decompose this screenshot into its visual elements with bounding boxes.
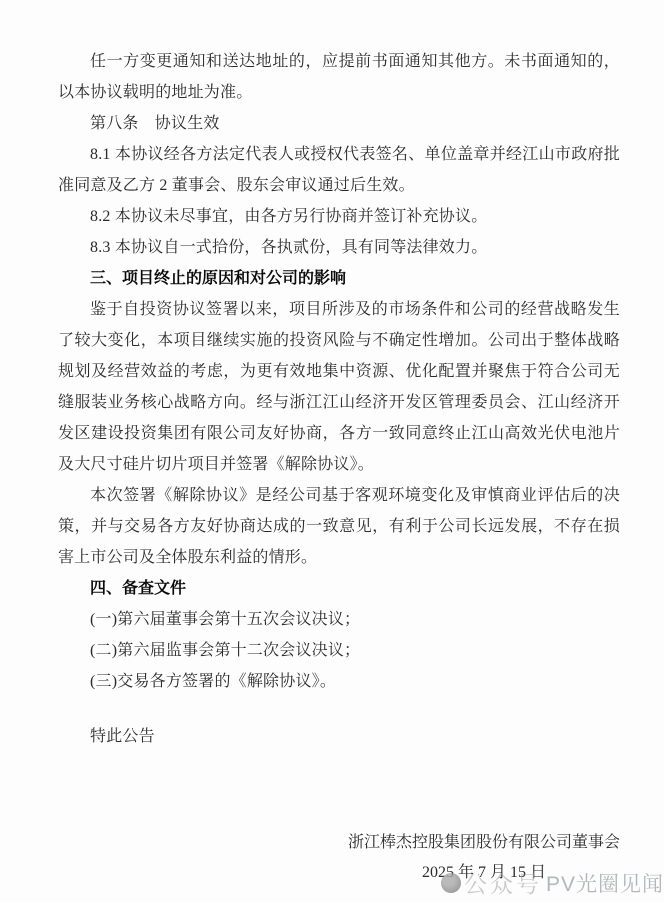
list-item-supervisory-resolution: (二)第六届监事会第十二次会议决议； — [58, 635, 620, 666]
signature-company: 浙江棒杰控股集团股份有限公司董事会 — [58, 828, 620, 858]
document-page: 任一方变更通知和送达地址的，应提前书面通知其他方。未书面通知的，以本协议载明的地… — [58, 46, 620, 888]
announcement-document: { "page_bg": "#fdfdfd", "document": { "b… — [0, 0, 664, 902]
signature-date: 2025 年 7 月 15 日 — [58, 858, 620, 888]
list-item-board-resolution: (一)第六届董事会第十五次会议决议； — [58, 604, 620, 635]
paragraph-clause-8-2: 8.2 本协议未尽事宜，由各方另行协商并签订补充协议。 — [58, 201, 620, 232]
paragraph-notice-address: 任一方变更通知和送达地址的，应提前书面通知其他方。未书面通知的，以本协议载明的地… — [58, 46, 620, 108]
paragraph-termination-impact: 本次签署《解除协议》是经公司基于客观环境变化及审慎商业评估后的决策，并与交易各方… — [58, 480, 620, 573]
list-item-termination-agreement: (三)交易各方签署的《解除协议》。 — [58, 666, 620, 697]
paragraph-clause-8-3: 8.3 本协议自一式拾份，各执贰份，具有同等法律效力。 — [58, 232, 620, 263]
clause-8-title: 第八条 协议生效 — [58, 108, 620, 139]
section-3-heading: 三、项目终止的原因和对公司的影响 — [58, 263, 620, 294]
paragraph-termination-reason: 鉴于自投资协议签署以来，项目所涉及的市场条件和公司的经营战略发生了较大变化，本项… — [58, 294, 620, 480]
closing-notice: 特此公告 — [58, 721, 620, 752]
section-4-heading: 四、备查文件 — [58, 573, 620, 604]
paragraph-clause-8-1: 8.1 本协议经各方法定代表人或授权代表签名、单位盖章并经江山市政府批准同意及乙… — [58, 139, 620, 201]
